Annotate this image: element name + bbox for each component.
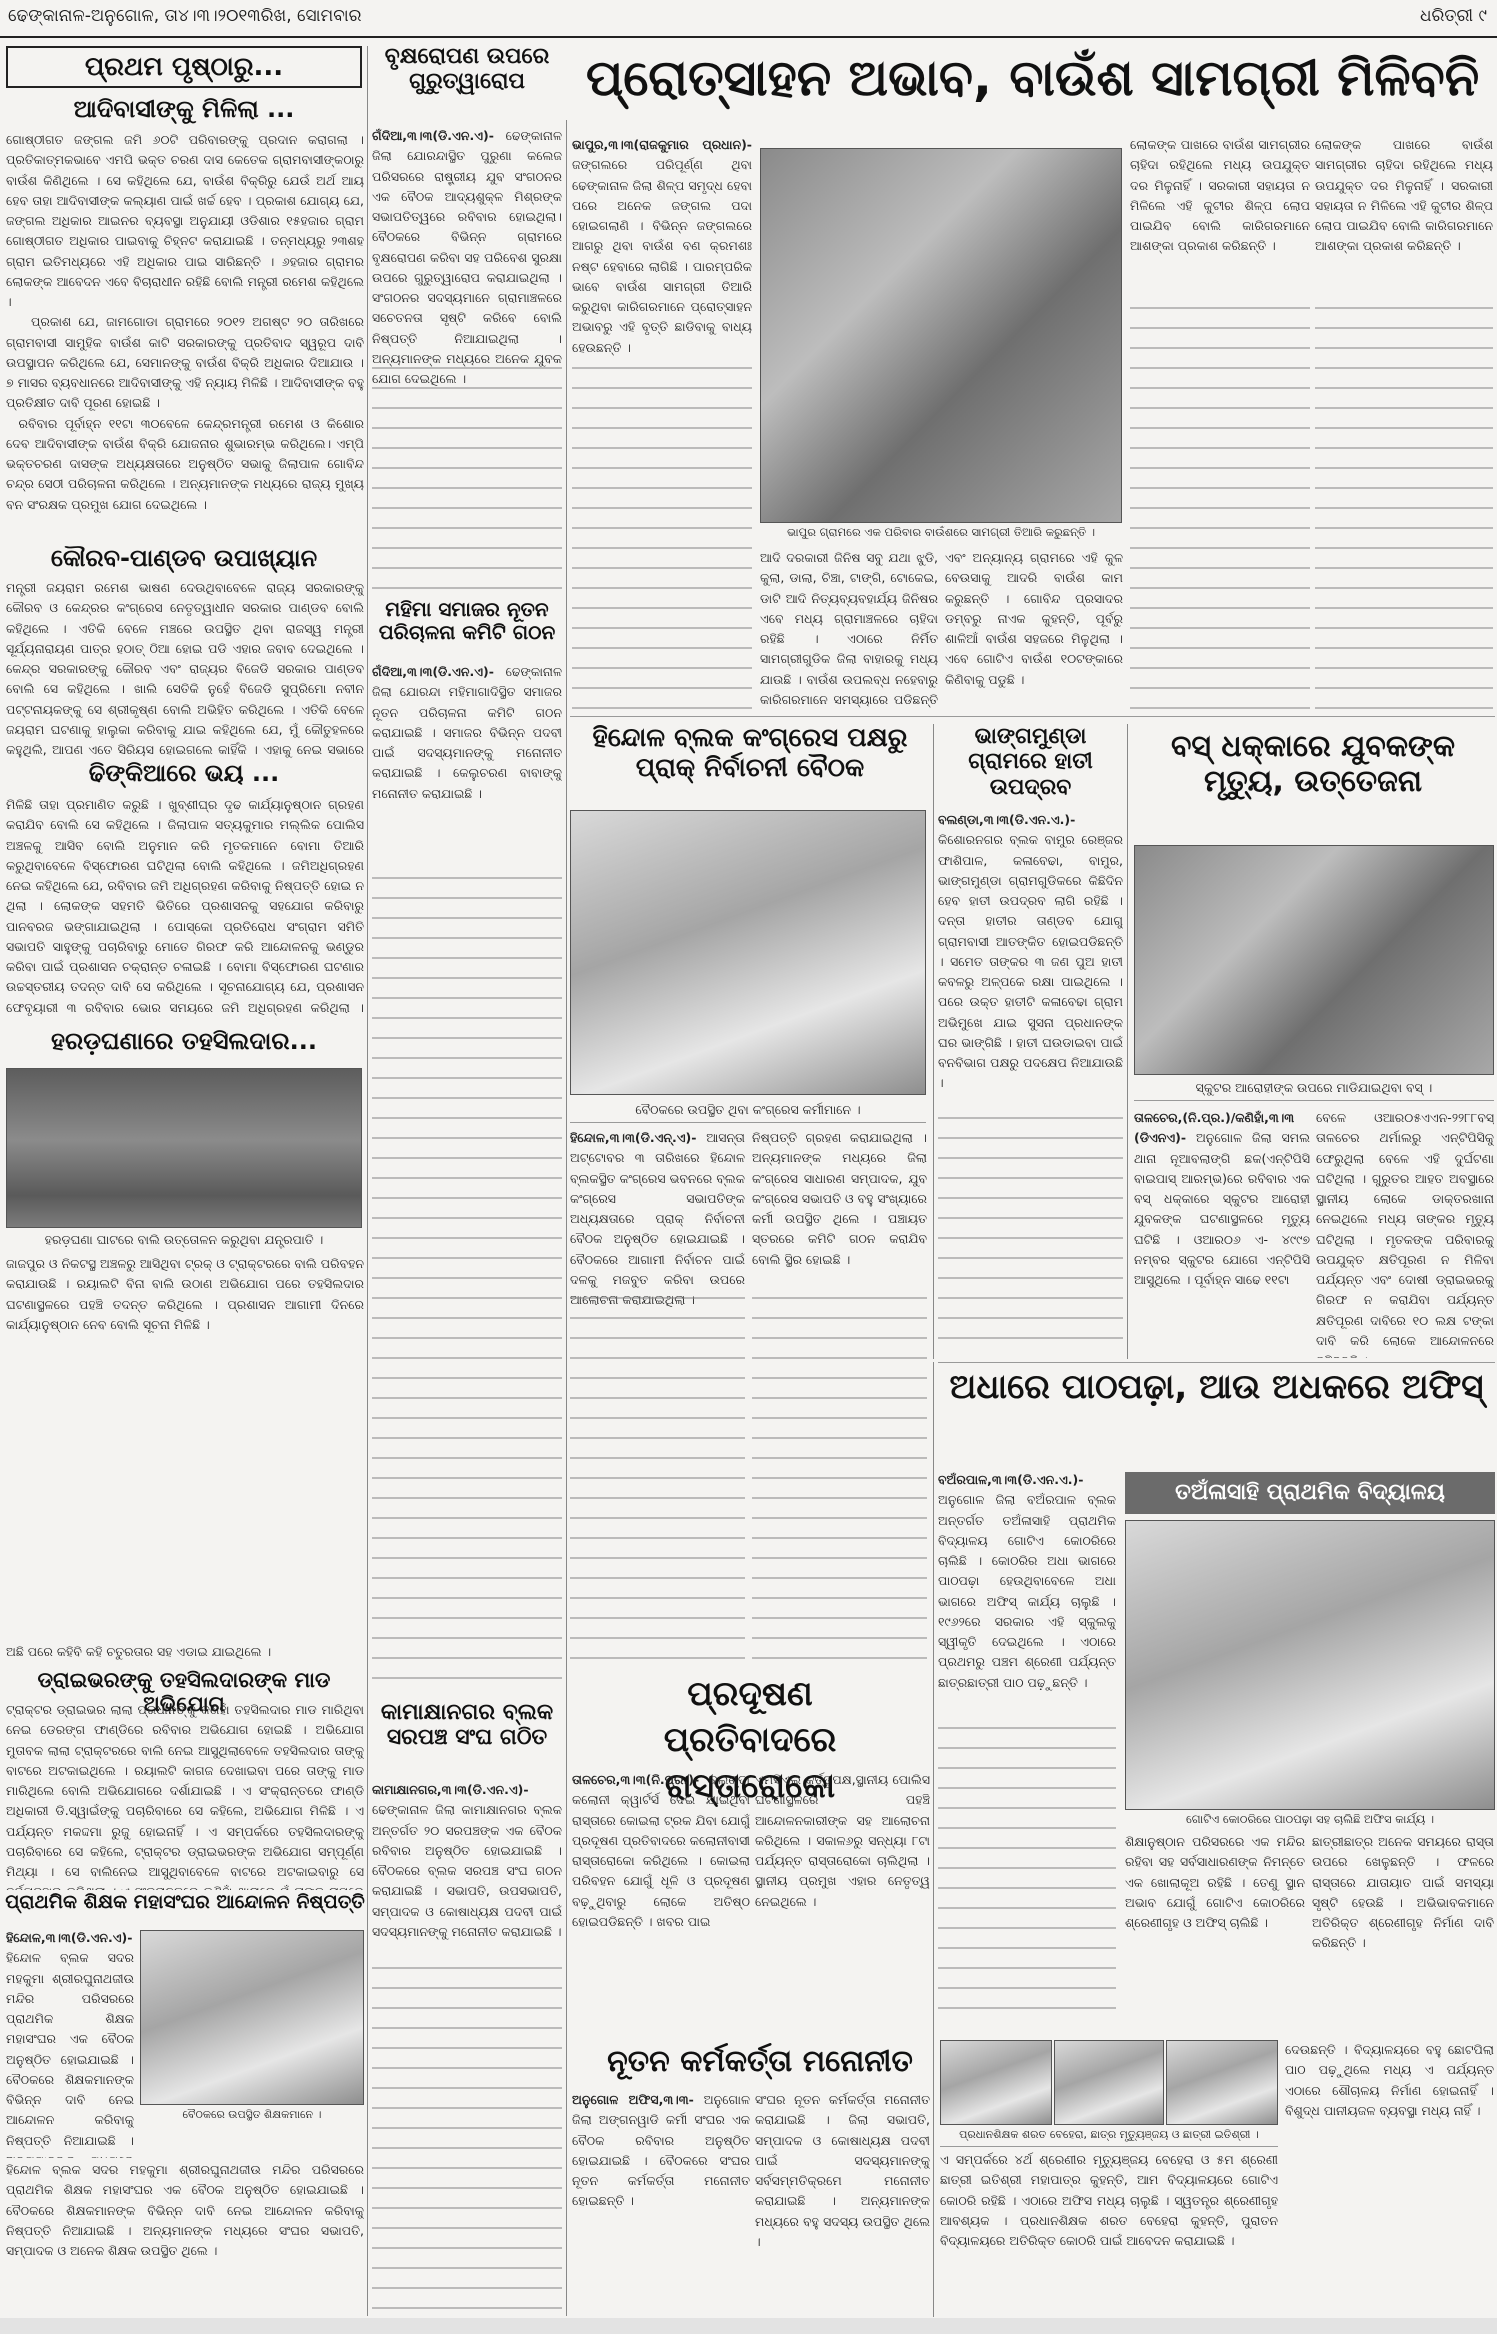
section-divider: [938, 1362, 1495, 1363]
teachers-meeting-photo: [140, 1930, 364, 2105]
story-body: ଶିକ୍ଷାନୁଷ୍ଠାନ ପରିସରରେ ଏକ ମନ୍ଦିର ରହିବା ସହ…: [1125, 1832, 1305, 2042]
story-body: ଜାଜପୁର ଓ ନିକଟସ୍ଥ ଅଞ୍ଚଳରୁ ଆସିଥିବା ଟ୍ରକ୍ ଓ…: [6, 1254, 364, 1638]
dateline: ଗଁଦିଆ,୩।୩(ଡି.ଏନ.ଏ)-: [372, 664, 494, 679]
lead-body-continuation: [1130, 300, 1310, 710]
column-divider: [1127, 724, 1128, 1359]
story-body-continuation: [938, 1720, 1116, 2020]
story-body: ହିନ୍ଦୋଳ,୩।୩(ଡି.ଏନ.ଏ)- ହିନ୍ଦୋଳ ବ୍ଲକ ସଦର ମ…: [6, 1928, 134, 2158]
story-headline: ବସ୍ ଧକ୍କାରେ ଯୁବକଙ୍କ ମୃତ୍ୟୁ, ଉତ୍ତେଜନା: [1132, 730, 1494, 799]
story-headline: ଢିଙ୍କିଆରେ ଭୟ ...: [6, 760, 362, 788]
story-body-continuation: [938, 1110, 1123, 1350]
story-body: ସଂଘର ନୂତନ କର୍ମକର୍ତ୍ତା ମନୋନୀତ କରାଯାଇଛି । …: [755, 2090, 930, 2315]
edition-date: ଢେଙ୍କାନାଳ-ଅନୁଗୋଳ, ତା୪।୩।୨୦୧୩ରିଖ, ସୋମବାର: [8, 6, 362, 26]
story-headline: ହିନ୍ଦୋଳ ବ୍ଲକ କଂଗ୍ରେସ ପକ୍ଷରୁ ପ୍ରାକ୍ ନିର୍ବ…: [570, 724, 930, 784]
student-girl-portrait: [1166, 2040, 1278, 2125]
lead-headline: ପ୍ରୋତ୍ସାହନ ଅଭାବ, ବାଉଁଶ ସାମଗ୍ରୀ ମିଳିବନି: [570, 50, 1495, 108]
story-body: ଅନୁଗୋଳ ଅଫିସ,୩।୩- ଅନୁଗୋଳ ଜିଲା ଅଙ୍ଗନୱାଡି କ…: [572, 2090, 750, 2315]
bus-accident-photo: [1134, 845, 1494, 1075]
student-boy-portrait: [1054, 2040, 1164, 2125]
bamboo-craft-photo: [760, 148, 1122, 523]
caption-divider: [1134, 1100, 1494, 1101]
story-body: ବେଳେ ଓଆର୦୫ଏଏନ-୨୨୮୮ବସ୍ ତାଳଚେର ଥର୍ମାଲରୁ ଏନ…: [1316, 1108, 1494, 1358]
sand-mining-photo: [6, 1068, 362, 1228]
dateline: ହିନ୍ଦୋଳ,୩।୩(ଡି.ଏନ୍.ଏ)-: [570, 1130, 696, 1145]
story-body: ଗୋଷ୍ଠୀଗତ ଜଙ୍ଗଲ ଜମି ୬୦ଟି ପରିବାରଙ୍କୁ ପ୍ରଦା…: [6, 130, 364, 560]
story-headline: କାମାକ୍ଷାନଗର ବ୍ଲକ ସରପଞ୍ଚ ସଂଘ ଗଠିତ: [372, 1700, 562, 1751]
dateline: ହିନ୍ଦୋଳ,୩।୩(ଡି.ଏନ.ଏ)-: [6, 1930, 132, 1945]
story-body-continuation: [372, 870, 562, 1685]
lead-body-continuation: [572, 360, 752, 710]
photo-caption: ବୈଠକରେ ଉପସ୍ଥିତ ଥିବା କଂଗ୍ରେସ କର୍ମୀମାନେ ।: [570, 1102, 926, 1118]
caption-divider: [940, 2146, 1278, 2147]
story-body: ଏମସିଏଲ କର୍ତ୍ତୃପକ୍ଷ,ସ୍ଥାନୀୟ ପୋଲିସ ଘଟଣାସ୍ଥ…: [755, 1770, 930, 2040]
classroom-photo: [1125, 1520, 1495, 1810]
story-body: ତାଳଚେର,୩।୩(ନି.ପ୍ର.)- ବଲଣ୍ଡା କଲୋନୀ କ୍ୱାର୍…: [572, 1770, 750, 2040]
story-body: ମିଳିଛି ତାହା ପ୍ରମାଣିତ କରୁଛି । ଖୁବ୍‌ଶୀଘ୍ର …: [6, 795, 364, 1020]
story-body-continued: ହିନ୍ଦୋଳ ବ୍ଲକ ସଦର ମହକୁମା ଶ୍ରୀରଘୁନାଥଜୀଉ ମନ…: [6, 2160, 364, 2315]
headmaster-portrait: [940, 2040, 1052, 2125]
story-body: ଟ୍ରାକ୍ଟର ଡ୍ରାଇଭର ଲାଲା ପ୍ରଧାନଙ୍କୁ କଣିହାଁ …: [6, 1700, 364, 1890]
congress-meeting-photo: [570, 810, 926, 1095]
caption-divider: [570, 1122, 926, 1123]
paper-name-page-number: ଧରିତ୍ରୀ ୯: [1420, 6, 1487, 26]
story-headline: ମହିମା ସମାଜର ନୂତନ ପରିଚାଳନା କମିଟି ଗଠନ: [372, 598, 562, 644]
story-body: ଏ ସମ୍ପର୍କରେ ୪ର୍ଥ ଶ୍ରେଣୀର ମୃତ୍ୟୁଞ୍ଜୟ ବେହେ…: [940, 2150, 1278, 2315]
column-divider: [367, 46, 368, 2316]
photo-caption: ଗୋଟିଏ କୋଠରିରେ ପାଠପଢ଼ା ସହ ଚାଲିଛି ଅଫିସ କାର…: [1125, 1812, 1495, 1827]
photo-caption: ହରଡ଼ଘଣା ଘାଟରେ ବାଲି ଉତ୍ତୋଳନ କରୁଥିବା ଯନ୍ତ୍…: [6, 1232, 362, 1248]
dateline: ବଲଣ୍ଡା,୩।୩(ଡି.ଏନ.ଏ.)-: [938, 812, 1075, 827]
story-headline: ଆଦିବାସୀଙ୍କୁ ମିଳିଲା ...: [6, 96, 362, 124]
section-box-from-front-page: ପ୍ରଥମ ପୃଷ୍ଠାରୁ...: [6, 46, 362, 88]
column-divider: [566, 120, 567, 2316]
story-body-continuation: [570, 1290, 745, 1670]
story-headline: ବୃକ୍ଷରୋପଣ ଉପରେ ଗୁରୁତ୍ୱାରୋପ: [372, 44, 562, 95]
story-body: ଦେଉଛନ୍ତି । ବିଦ୍ୟାଳୟରେ ବହୁ ଛୋଟପିଲା ପାଠ ପଢ…: [1285, 2040, 1494, 2315]
photo-caption: ପ୍ରଧାନଶିକ୍ଷକ ଶରତ ବେହେରା, ଛାତ୍ର ମୃତ୍ୟୁଞ୍ଜ…: [940, 2128, 1278, 2142]
dateline: ଅନୁଗୋଳ ଅଫିସ,୩।୩-: [572, 2092, 694, 2107]
photo-caption: ସ୍କୁଟର ଆରୋହୀଙ୍କ ଉପରେ ମାଡିଯାଇଥିବା ବସ୍ ।: [1134, 1080, 1494, 1096]
dateline: ଭାପୁର,୩।୩(ରାଜକୁମାର ପ୍ରଧାନ)-: [572, 137, 752, 152]
story-headline: ପ୍ରାଥମିକ ଶିକ୍ଷକ ମହାସଂଘର ଆନ୍ଦୋଳନ ନିଷ୍ପତ୍ତ…: [4, 1892, 366, 1914]
dateline: ତାଳଚେର,୩।୩(ନି.ପ୍ର.)-: [572, 1772, 699, 1787]
story-body-continuation: [372, 360, 562, 590]
dateline: କାମାକ୍ଷାନଗର,୩।୩(ଡି.ଏନ.ଏ)-: [372, 1782, 529, 1797]
page-masthead: ଢେଙ୍କାନାଳ-ଅନୁଗୋଳ, ତା୪।୩।୨୦୧୩ରିଖ, ସୋମବାର …: [0, 0, 1497, 38]
story-headline: କୌରବ-ପାଣ୍ଡବ ଉପାଖ୍ୟାନ: [6, 545, 362, 573]
lead-body-col-b: ଆଦି ଦରକାରୀ ଜିନିଷ ସବୁ ଯଥା ଝୁଡି, କୁଲା, ଡାଲ…: [760, 548, 938, 713]
story-body: ତାଳଚେର,(ନି.ପ୍ର.)/କଣିହାଁ,୩।୩ (ଡିଏନଏ)- ଅନୁ…: [1134, 1108, 1310, 1358]
section-divider: [570, 716, 1495, 717]
column-divider: [933, 1362, 934, 2317]
dateline: ବଅଁରପାଳ,୩।୩(ଡି.ଏନ.ଏ.)-: [938, 1472, 1083, 1487]
story-headline: ଭାଙ୍ଗମୁଣ୍ଡା ଗ୍ରାମରେ ହାତୀ ଉପଦ୍ରବ: [938, 724, 1123, 800]
lead-body-col-c: ଏବଂ ଅନ୍ୟାନ୍ୟ ଗ୍ରାମରେ ଏହି କୁଳ ବେଉସାକୁ ଆଦର…: [945, 548, 1123, 713]
lead-body-continuation: [1315, 300, 1493, 710]
page-footer-strip: [0, 2318, 1497, 2334]
photo-caption: ବୈଠକରେ ଉପସ୍ଥିତ ଶିକ୍ଷକମାନେ ।: [140, 2108, 364, 2122]
story-body: ଛାତ୍ରୀଛାତ୍ର ଅନେକ ସମୟରେ ରାସ୍ତା ଉପରେ ଖେଳୁଛ…: [1312, 1832, 1494, 2042]
story-body-continuation: [372, 1960, 562, 2310]
story-headline: ହରଡ଼ଘଣାରେ ତହସିଲଦାର...: [6, 1028, 362, 1056]
story-body: ମନ୍ତ୍ରୀ ଜୟରାମ ରମେଶ ଭାଷଣ ଦେଉଥିବାବେଳେ ରାଜ୍…: [6, 578, 364, 760]
story-body-continuation: [752, 1290, 927, 1670]
section-box-title: ପ୍ରଥମ ପୃଷ୍ଠାରୁ...: [8, 48, 360, 86]
story-headline: ଅଧାରେ ପାଠପଢ଼ା, ଆଉ ଅଧକରେ ଅଫିସ୍: [938, 1368, 1495, 1407]
photo-caption: ଭାପୁର ଗ୍ରାମରେ ଏକ ପରିବାର ବାଉଁଶରେ ସାମଗ୍ରୀ …: [760, 525, 1122, 540]
story-closing-line: ଅଛି ପରେ କହିବି କହି ଚତୁରତାର ସହ ଏଡାଇ ଯାଇଥିଲ…: [6, 1642, 364, 1662]
school-name-banner: ତଅଁଳାସାହି ପ୍ରାଥମିକ ବିଦ୍ୟାଳୟ: [1125, 1472, 1495, 1514]
column-divider: [933, 724, 934, 1359]
dateline: ଗଁଦିଆ,୩।୩(ଡି.ଏନ.ଏ)-: [372, 128, 494, 143]
story-headline: ନୂତନ କର୍ମକର୍ତ୍ତା ମନୋନୀତ: [600, 2045, 920, 2080]
